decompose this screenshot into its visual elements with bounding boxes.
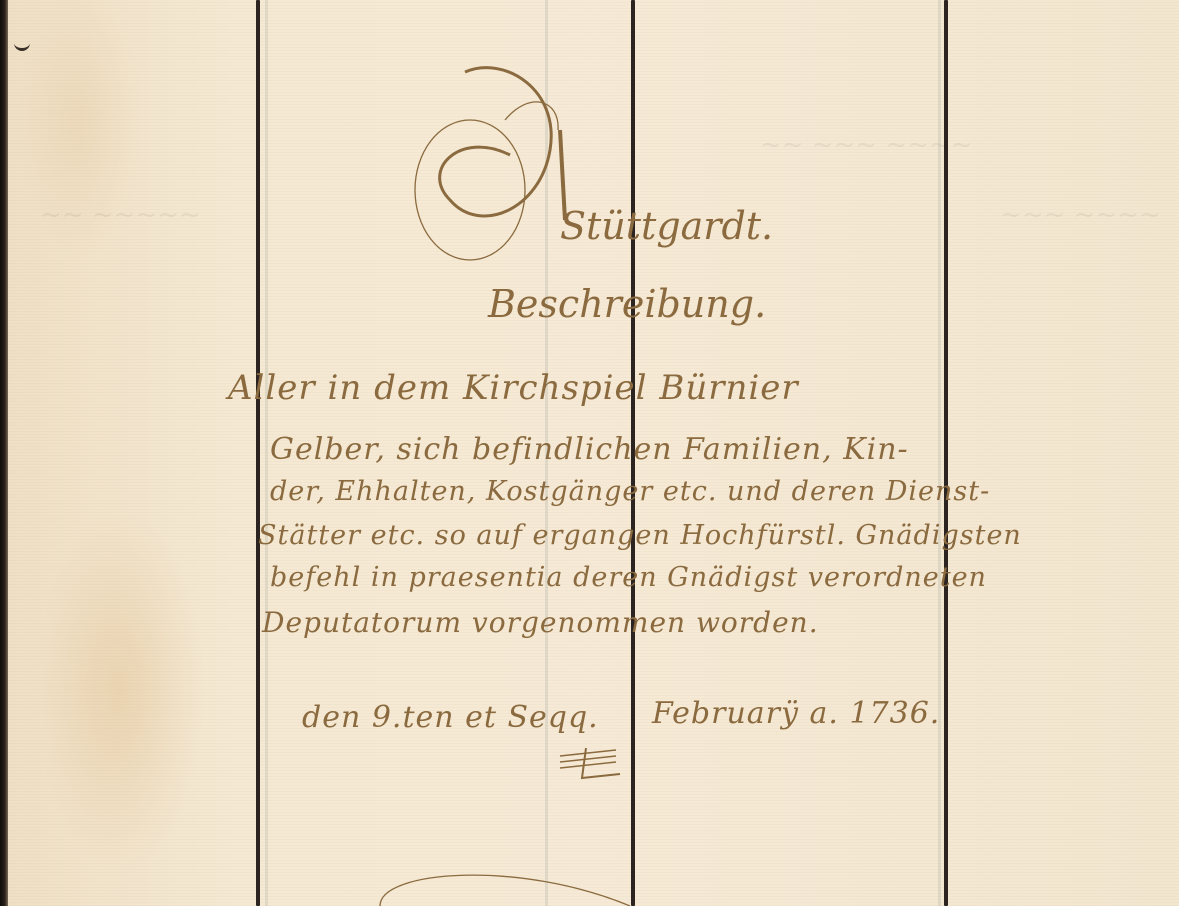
- body-line-4: Stätter etc. so auf ergangen Hochfürstl.…: [258, 520, 1022, 551]
- body-line-3: der, Ehhalten, Kostgänger etc. und deren…: [270, 476, 990, 507]
- book-spine-edge: [0, 0, 8, 906]
- body-line-6: Deputatorum vorgenommen worden.: [262, 606, 819, 639]
- body-line-1: Aller in dem Kirchspiel Bürnier: [228, 368, 799, 408]
- date-line-right: Februarÿ a. 1736.: [652, 696, 940, 731]
- manuscript-page: ~~ ~~~ ~~~~ ~~~ ~~~~ ~~ ~~~~~ Stüttgardt…: [0, 0, 1179, 906]
- heading-title: Stüttgardt.: [560, 204, 773, 248]
- ink-blot-mark: [14, 40, 30, 51]
- heading-subtitle: Beschreibung.: [488, 282, 766, 326]
- guide-rule: [938, 0, 941, 906]
- body-line-2: Gelber, sich befindlichen Familien, Kin-: [270, 432, 909, 467]
- bleed-through-text: ~~~ ~~~~: [1000, 200, 1161, 230]
- column-rule-3: [944, 0, 948, 906]
- column-rule-1: [256, 0, 260, 906]
- paraph-flourish-icon: [556, 748, 626, 782]
- date-line-left: den 9.ten et Seqq.: [302, 700, 599, 735]
- guide-rule: [265, 0, 268, 906]
- flourished-initial-s-icon: [410, 60, 570, 270]
- bottom-flourish-icon: [370, 860, 690, 906]
- bleed-through-text: ~~ ~~~~~: [40, 200, 201, 230]
- body-line-5: befehl in praesentia deren Gnädigst vero…: [270, 562, 987, 593]
